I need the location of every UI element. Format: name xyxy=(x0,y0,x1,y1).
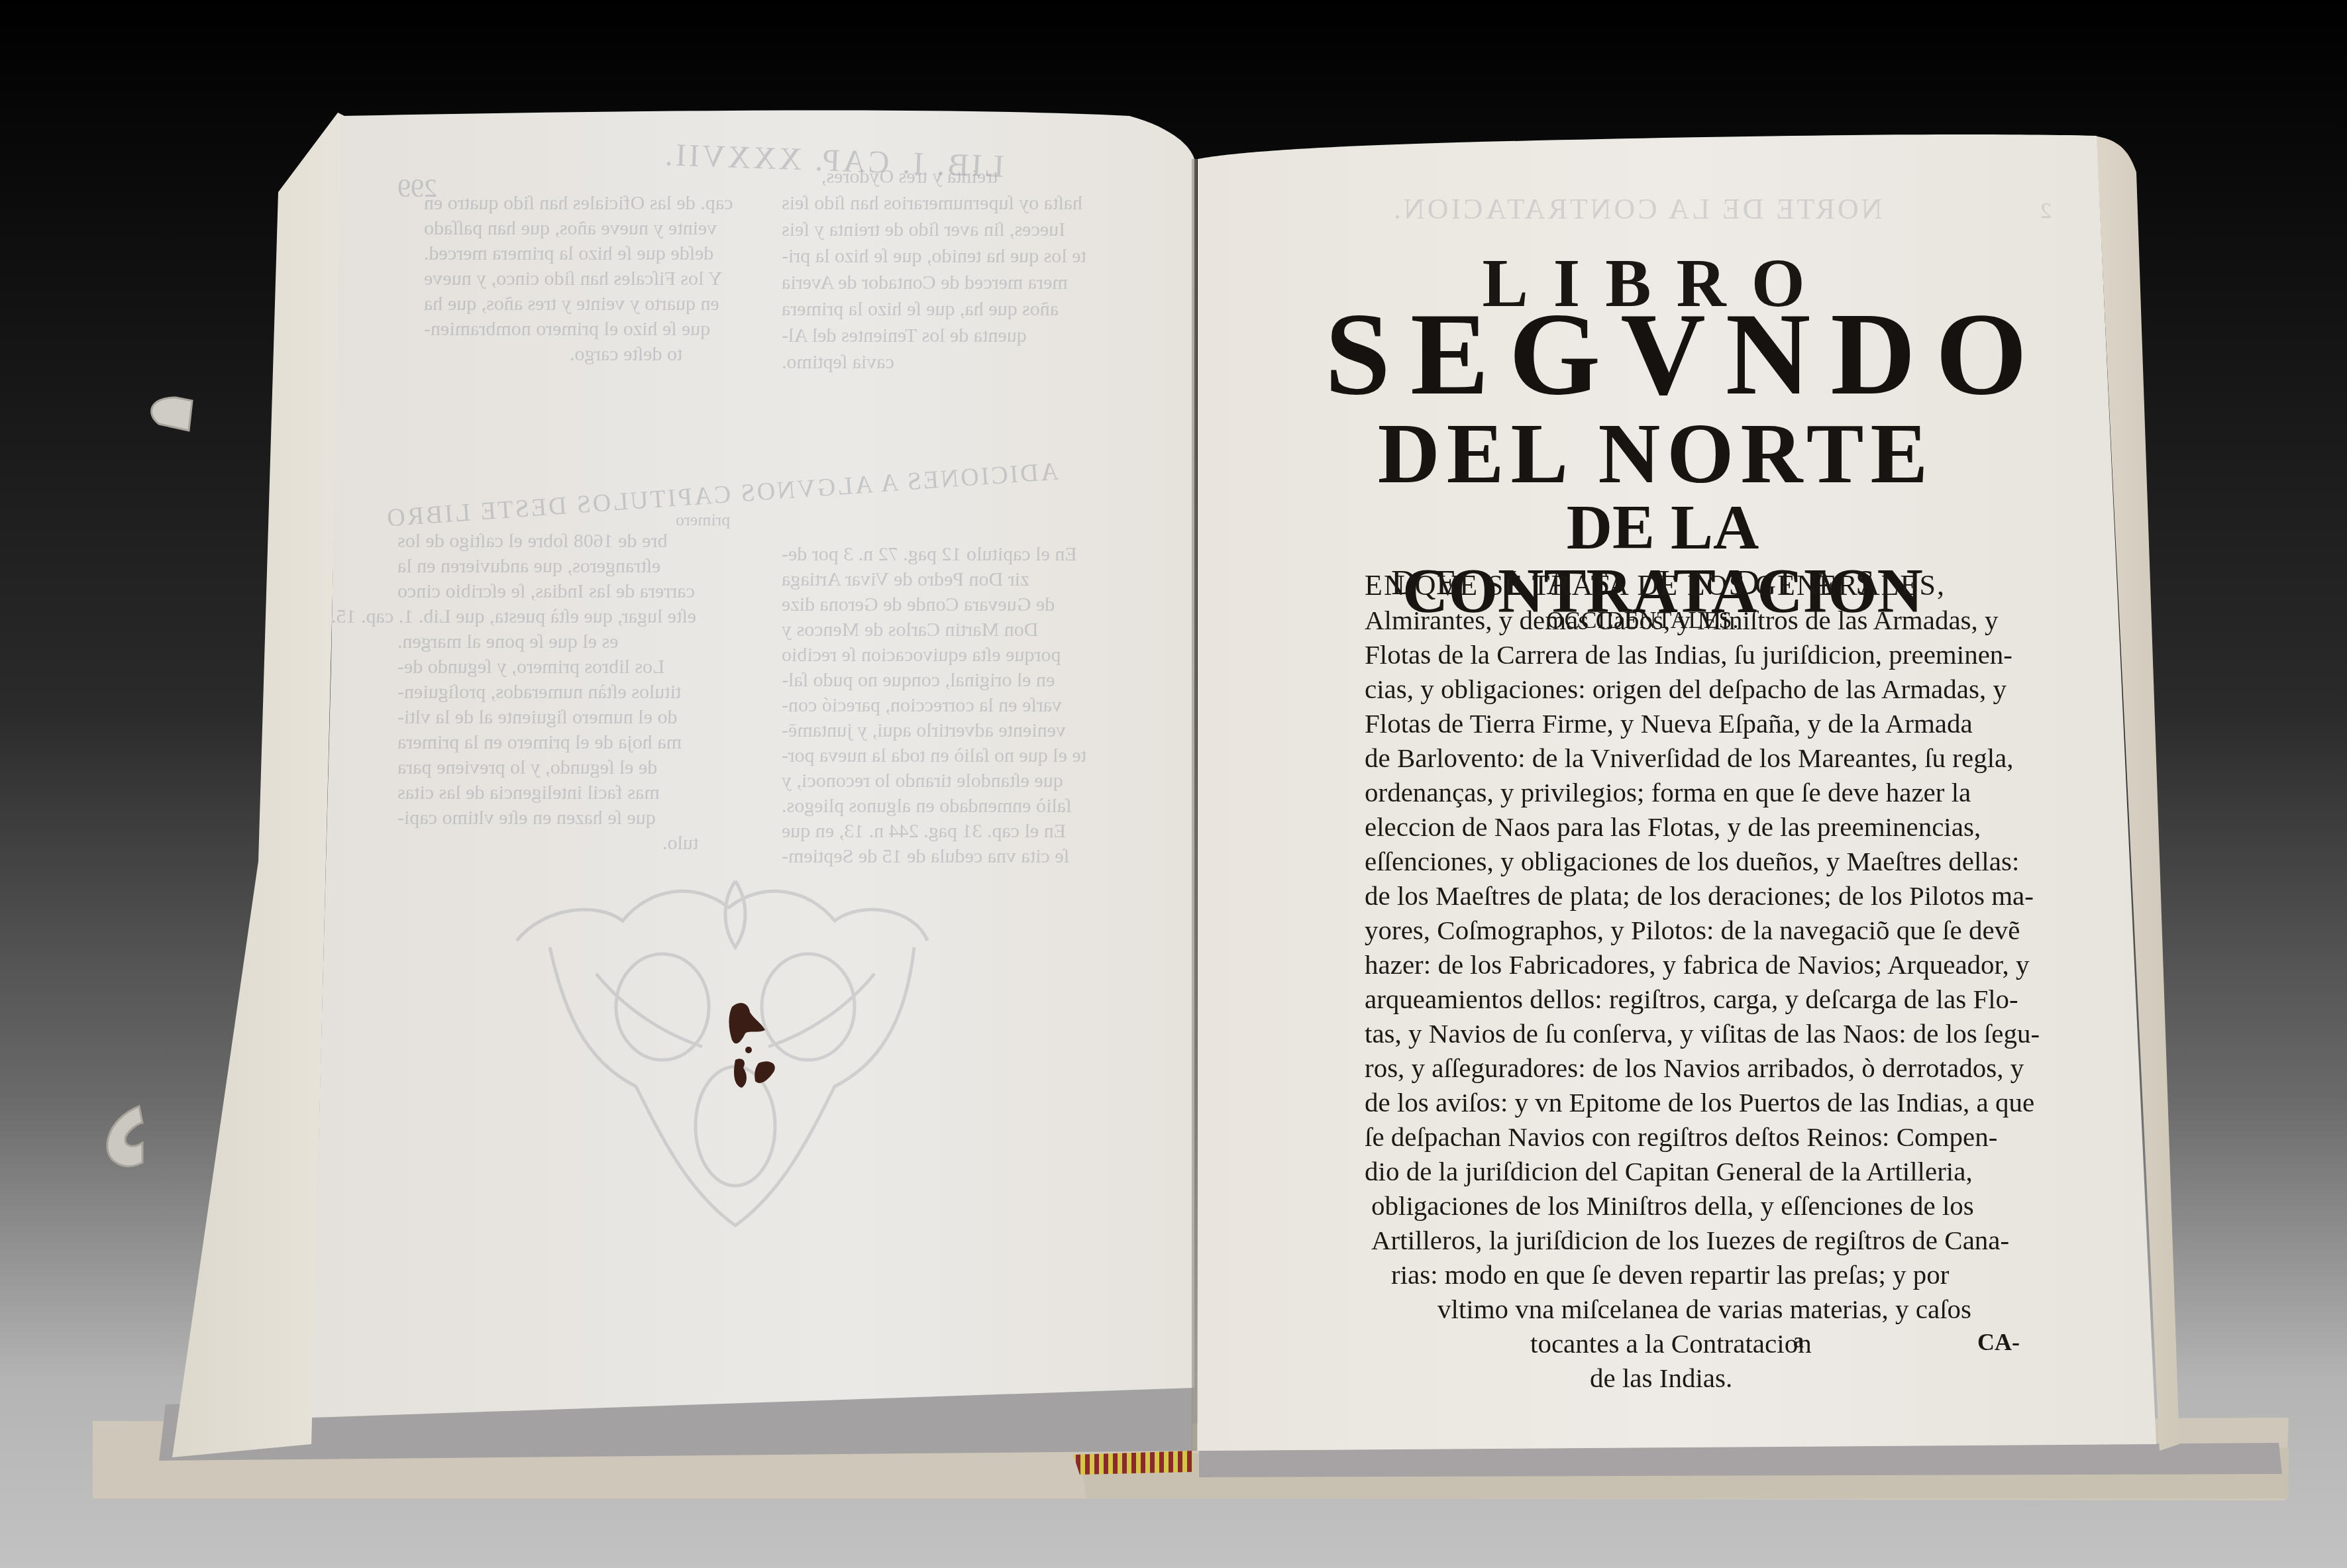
ghost-line: En el cap. 31 pag. 244 n. 13, en que xyxy=(782,820,1066,843)
body-line: vltimo vna miſcelanea de varias materias… xyxy=(1437,1296,1971,1323)
body-line: EN QVE SE TRATA DE LOS GENERALES, xyxy=(1365,571,1946,600)
right-header-bleed: NORTE DE LA CONTRATACION. xyxy=(1391,192,1883,226)
ghost-line: Iueces, ſin aver ſido de treinta y ſeis xyxy=(782,219,1065,241)
body-line: tocantes a la Contratacion xyxy=(1530,1330,1812,1357)
right-page-number-bleed: 2 xyxy=(2040,199,2052,224)
body-line: de los Maeſtres de plata; de los deracio… xyxy=(1365,882,2034,910)
body-line: ordenanças, y privilegios; forma en que … xyxy=(1365,779,1971,806)
ghost-line: veniente advertirlo aqui, y juntamē- xyxy=(782,719,1066,742)
body-line: ſe deſpachan Navios con regiſtros deſtos… xyxy=(1365,1124,1997,1151)
ghost-line: quenta de los Tenientes del Al- xyxy=(782,325,1027,347)
ribbon-tie-upper xyxy=(152,397,192,431)
ghost-line: en el original, conque no pudo ſal- xyxy=(782,669,1055,692)
ghost-line: to deſte cargo. xyxy=(570,343,682,366)
ghost-line: varſe en la correccion, pareció con- xyxy=(782,694,1062,717)
ghost-line: En el capitulo 12 pag. 72 n. 3 por de- xyxy=(782,543,1077,566)
ghost-line: es el que ſe pone al margen. xyxy=(397,631,619,653)
body-line: hazer: de los Fabricadores, y fabrica de… xyxy=(1365,951,2030,978)
body-line: tas, y Navios de ſu conſerva, y viſitas … xyxy=(1365,1020,2040,1047)
ghost-line: veinte y nueve años, que han paſſado xyxy=(424,217,717,240)
body-line: dio de la juriſdicion del Capitan Genera… xyxy=(1365,1158,1973,1185)
ghost-line: te los que ha tenido, que ſe hizo la pri… xyxy=(782,245,1086,268)
ghost-line: que ſe hizo el primero nombramien- xyxy=(424,318,710,340)
ghost-line: haſta oy ſupernumerarios han ſido ſeis xyxy=(782,192,1082,215)
body-line: yores, Coſmographos, y Pilotos: de la na… xyxy=(1365,917,2020,944)
body-line: de Barlovento: de la Vniverſidad de los … xyxy=(1365,745,2014,772)
ghost-line: treinta y tres Oydores, xyxy=(821,166,998,188)
ghost-line: de el ſegundo, y lo previene para xyxy=(397,757,657,779)
body-line: Almirantes, y demas Cabos, y Miniſtros d… xyxy=(1365,607,1999,634)
ghost-line: eſtrangeros, que anduvieren en la xyxy=(397,555,660,578)
ghost-line: Los libros primero, y ſegundo de- xyxy=(397,656,664,678)
ghost-line: bre de 1608 ſobre el caſtigo de los xyxy=(397,530,667,552)
signature-mark: a xyxy=(1793,1328,1804,1353)
body-line: eleccion de Naos para las Flotas, y de l… xyxy=(1365,813,1981,841)
ghost-line: eſte lugar, que eſtà puesta, que Lib. 1.… xyxy=(331,605,696,628)
spine-gutter xyxy=(1192,159,1197,1451)
ghost-line: ſe cita vna cedula de 15 de Septiem- xyxy=(782,845,1069,868)
headband xyxy=(1073,1451,1192,1475)
ghost-line: deſde que ſe hizo la primera merced. xyxy=(424,242,713,265)
title-del-norte: DEL NORTE xyxy=(1345,411,1967,497)
ghost-line: do el numero ſiguiente al de la vlti- xyxy=(397,706,677,729)
ghost-line: Don Martin Carlos de Mencos y xyxy=(782,619,1038,641)
book-photograph: LIB. I. CAP. XXXVII. 299 cap. de las Ofi… xyxy=(0,0,2347,1568)
ghost-line: de Guevara Conde de Gerona dize xyxy=(782,594,1055,616)
ghost-line: titulos eſtàn numerados, proſiguien- xyxy=(397,681,681,704)
ghost-line: años que ha, que ſe hizo la primera xyxy=(782,298,1059,321)
body-line: eſſenciones, y obligaciones de los dueño… xyxy=(1365,848,2019,875)
catchword: CA- xyxy=(1977,1328,2020,1356)
left-section-subheading-bleed: primero xyxy=(676,510,730,530)
body-line: Artilleros, la juriſdicion de los Iuezes… xyxy=(1371,1227,2009,1254)
ghost-line: porque eſta equivocacion ſe recibio xyxy=(782,644,1061,666)
body-line: de las Indias. xyxy=(1590,1365,1732,1392)
ghost-line: en quarto y veinte y tres años, que ha xyxy=(424,293,719,315)
title-segundo: SEGVNDO xyxy=(1325,295,1961,413)
body-line: ros, y aſſeguradores: de los Navios arri… xyxy=(1365,1055,2024,1082)
ghost-line: ma hoja de el primero en la primera xyxy=(397,731,682,754)
ghost-line: te el que no ſaliò en toda la nueva por- xyxy=(782,745,1086,767)
title-de-la-contratacion: DE LA CONTRATACION xyxy=(1331,496,1994,623)
body-line: de los aviſos: y vn Epitome de los Puert… xyxy=(1365,1089,2034,1116)
body-line: rias: modo en que ſe deven repartir las … xyxy=(1391,1261,1949,1288)
body-line: Flotas de Tierra Firme, y Nueva Eſpaña, … xyxy=(1365,710,1973,737)
ghost-line: Y los Fiſcales han ſido cinco, y nueve xyxy=(424,268,722,290)
ghost-line: zir Don Pedro de Vivar Artiaga xyxy=(782,568,1029,591)
ghost-line: mas facil inteligencia de las citas xyxy=(397,782,660,804)
body-line: obligaciones de los Miniſtros della, y e… xyxy=(1371,1192,1974,1220)
ghost-line: cavia ſeptimo. xyxy=(782,351,894,374)
body-line: cias, y obligaciones: origen del deſpach… xyxy=(1365,676,2007,703)
ghost-line: tulo. xyxy=(662,832,698,855)
body-line: Flotas de la Carrera de las Indias, ſu j… xyxy=(1365,641,2012,668)
ghost-line: que eſtandole tirando lo reconoci, y xyxy=(782,770,1063,792)
ghost-line: ſaliò enmendado en algunos pliegos. xyxy=(782,795,1071,817)
ghost-line: carrera de las Indias, ſe eſcribio cinco xyxy=(397,580,695,603)
body-line: arqueamientos dellos: regiſtros, carga, … xyxy=(1365,986,2018,1013)
ghost-line: cap. de las Oficiales han ſido quatro en xyxy=(424,192,733,215)
ribbon-tie-lower xyxy=(107,1106,142,1167)
ghost-line: mera merced de Contador de Averia xyxy=(782,272,1068,294)
ghost-line: que ſe hazen en eſte vltimo capi- xyxy=(397,807,656,829)
